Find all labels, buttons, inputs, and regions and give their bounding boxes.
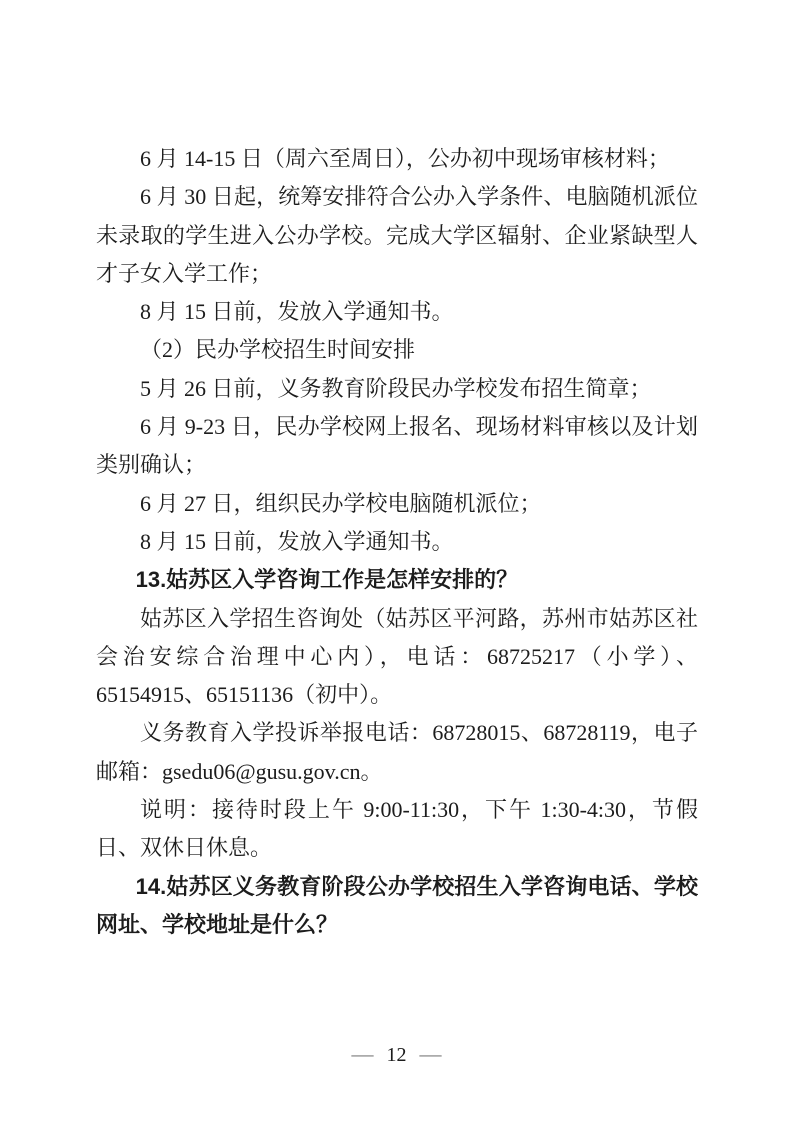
paragraph-overall-arrangement: 6 月 30 日起，统筹安排符合公办入学条件、电脑随机派位未录取的学生进入公办学… bbox=[96, 178, 698, 293]
footer-dash-right: — bbox=[420, 1041, 442, 1066]
paragraph-private-online-registration: 6 月 9-23 日，民办学校网上报名、现场材料审核以及计划类别确认； bbox=[96, 408, 698, 485]
paragraph-private-school-schedule-title: （2）民办学校招生时间安排 bbox=[96, 331, 698, 369]
document-body: 6 月 14-15 日（周六至周日），公办初中现场审核材料； 6 月 30 日起… bbox=[96, 140, 698, 944]
paragraph-reception-hours: 说明：接待时段上午 9:00-11:30，下午 1:30-4:30，节假日、双休… bbox=[96, 791, 698, 868]
paragraph-private-brochure: 5 月 26 日前，义务教育阶段民办学校发布招生简章； bbox=[96, 370, 698, 408]
paragraph-public-junior-review: 6 月 14-15 日（周六至周日），公办初中现场审核材料； bbox=[96, 140, 698, 178]
paragraph-admission-notice-private: 8 月 15 日前，发放入学通知书。 bbox=[96, 523, 698, 561]
page-number: 12 bbox=[387, 1044, 407, 1066]
question-14-heading: 14.姑苏区义务教育阶段公办学校招生入学咨询电话、学校网址、学校地址是什么？ bbox=[96, 868, 698, 945]
paragraph-admission-notice-public: 8 月 15 日前，发放入学通知书。 bbox=[96, 293, 698, 331]
document-page: 6 月 14-15 日（周六至周日），公办初中现场审核材料； 6 月 30 日起… bbox=[0, 0, 793, 1122]
footer-dash-left: — bbox=[352, 1041, 374, 1066]
question-13-heading: 13.姑苏区入学咨询工作是怎样安排的？ bbox=[96, 561, 698, 599]
paragraph-private-lottery: 6 月 27 日，组织民办学校电脑随机派位； bbox=[96, 485, 698, 523]
page-footer: —12— bbox=[0, 1042, 793, 1067]
paragraph-consultation-office: 姑苏区入学招生咨询处（姑苏区平河路，苏州市姑苏区社会治安综合治理中心内），电话：… bbox=[96, 600, 698, 715]
paragraph-complaint-hotline: 义务教育入学投诉举报电话：68728015、68728119，电子邮箱：gsed… bbox=[96, 714, 698, 791]
